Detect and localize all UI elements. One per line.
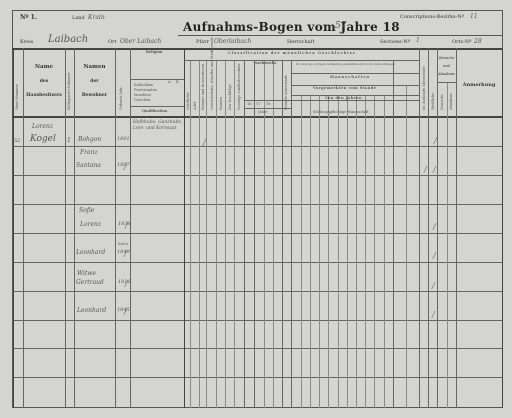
orts-value: 28 <box>474 39 482 45</box>
land-value: Krain <box>88 15 105 21</box>
zuwachs-heading-1: Zuwachs <box>437 56 456 60</box>
ort-value: Ober Laibach <box>120 39 161 45</box>
resident-name: Santana <box>76 163 101 169</box>
bewohner-heading-2: der <box>74 79 115 84</box>
owner-surname: Kogel <box>30 135 56 144</box>
vorgemerkten-heading: Vorgemerkten vom Stande <box>313 87 376 91</box>
pfarr-label: Pfarr <box>196 40 209 45</box>
col-line <box>225 60 226 408</box>
kreis-value: Laibach <box>48 35 88 45</box>
tally-mark: / <box>433 251 436 260</box>
tally-mark: / <box>124 307 127 316</box>
conscription-value: 11 <box>470 14 478 20</box>
col-line <box>393 60 394 408</box>
class-adel: Adel <box>193 80 197 110</box>
sections-value: 1 <box>416 38 420 44</box>
wohnpartei-heading: Wohnpartei-Nummer <box>67 70 71 110</box>
weibliche-heading: Weibliche <box>431 80 435 110</box>
col-line <box>338 95 339 408</box>
year-16: 16 <box>247 103 251 107</box>
conscription-label: Conscriptions-Bezirks-Nº <box>400 15 464 20</box>
bewohner-heading-3: Bewohner <box>74 93 115 98</box>
col-line <box>406 85 407 408</box>
religion-heading: Religion <box>146 51 162 55</box>
header-subrule <box>291 73 419 74</box>
row-line <box>12 146 503 147</box>
row-line <box>12 377 503 378</box>
col-line <box>502 48 503 408</box>
tally-mark: / <box>124 249 127 258</box>
tally-mark: / <box>433 222 436 231</box>
col-line <box>115 48 116 408</box>
ort-label: Ort <box>108 40 117 45</box>
resident-name: Gertraud <box>76 280 104 286</box>
hausbesitzer-heading-2: des <box>23 79 65 84</box>
hausbesitzer-heading-3: Hausbesitzers <box>23 93 65 98</box>
col-line <box>184 48 185 408</box>
census-sheet: Nº 1. Land Krain Aufnahms-Bogen vom Jahr… <box>0 0 512 418</box>
row-line <box>12 348 503 349</box>
classification-heading: Classification der männlichen Geschlecht… <box>228 52 356 56</box>
col-line <box>384 95 385 408</box>
religion-sub-a: A <box>168 81 171 85</box>
tally-mark: / <box>432 281 435 290</box>
sheet-number: Nº 1. <box>20 15 37 21</box>
pfarr-value: Oberlaibach <box>214 39 251 45</box>
col-line <box>206 60 207 408</box>
year-17: 17 <box>256 103 260 107</box>
tally-mark: / <box>424 165 427 174</box>
col-line <box>234 60 235 408</box>
title-underline <box>178 35 503 36</box>
col-line <box>216 60 217 408</box>
class-gewerbsleute: Gewerbsleute, Künstler und Studierende <box>210 64 214 110</box>
land-label: Land <box>72 16 85 21</box>
class-beamte: Beamte und Honoratioren <box>201 64 205 110</box>
col-line <box>301 95 302 408</box>
class-geistliche: Geistliche <box>186 80 190 110</box>
col-line <box>428 48 429 408</box>
col-line <box>456 48 457 408</box>
auslaendische-heading: Im Auslande Abwesende <box>422 62 426 110</box>
col-line <box>328 95 329 408</box>
anmerkung-heading: Anmerkung <box>456 82 502 88</box>
orts-label: Orts-Nº <box>452 40 471 45</box>
col-line <box>13 48 14 408</box>
jahre-label: Jahre <box>258 111 268 115</box>
header-subrule <box>130 106 184 107</box>
hausbesitzer-heading-1: Name <box>23 64 65 70</box>
zuwachs-heading-2: und <box>437 64 456 68</box>
religion-sub-b: B <box>176 81 179 85</box>
kreis-label: Kreis <box>20 40 33 45</box>
table-top-rule <box>12 48 503 50</box>
class-bauern: Bauern <box>219 80 223 110</box>
col-line <box>356 95 357 408</box>
resident-name: Leonhard <box>77 308 106 314</box>
fremde-heading: Fremde Anwesende <box>284 86 288 110</box>
col-line <box>419 48 420 408</box>
religion-israeliten: Israeliten <box>134 94 151 98</box>
row-line <box>12 291 503 292</box>
col-line <box>447 82 448 408</box>
col-line <box>74 48 75 408</box>
tally-mark: / <box>433 165 436 174</box>
header-subrule <box>437 82 456 83</box>
tally-mark: / <box>124 162 127 171</box>
haus-nummer-heading: Haus-Nummer <box>15 60 19 110</box>
birth-year-note: Sohn <box>118 242 128 246</box>
birth-year: 1801 <box>117 137 130 142</box>
year-value: 57 <box>335 22 346 31</box>
col-line <box>273 60 274 408</box>
col-line <box>347 95 348 408</box>
von-den-jahren-heading: Von den Jahren <box>325 97 362 101</box>
col-line <box>23 48 24 408</box>
col-line <box>291 60 292 408</box>
row-line <box>12 175 503 176</box>
row-line <box>12 204 503 205</box>
zuzuschlagen-heading: Zu den bey vorigen Aufnahme gezählten si… <box>296 63 395 66</box>
tally-mark: / <box>125 221 128 230</box>
sections-label: Sections-Nº <box>380 40 410 45</box>
religion-katholiken: Katholiken <box>134 84 153 88</box>
qualification-note: Halbhube, Ganzhube, Lein- und Kornsaat <box>133 120 183 132</box>
bewohner-heading-1: Namen <box>74 64 115 70</box>
col-line <box>199 60 200 408</box>
resident-firstname: Franz <box>80 150 98 156</box>
zuwachs-heading-3: Abnahme <box>437 72 456 76</box>
resident-firstname: Witwe <box>77 271 96 277</box>
col-line <box>190 60 191 408</box>
tally-mark: / <box>203 138 206 147</box>
resident-name: Leonhard <box>76 250 105 256</box>
zuwachs-sub: Zuwachs <box>440 95 444 110</box>
abnahme-sub: Abnahme <box>449 95 453 110</box>
col-line <box>282 60 283 408</box>
nachwuchs-heading: Nachwuchs <box>254 62 276 66</box>
tally-mark: / <box>432 310 435 319</box>
owner-firstname: Lorenz <box>32 124 53 130</box>
col-line <box>374 95 375 408</box>
col-line <box>130 48 131 408</box>
mannschaften-heading: Mannschaften <box>330 76 370 80</box>
house-number: 52 <box>14 139 20 144</box>
col-line <box>244 60 245 408</box>
col-line <box>310 95 311 408</box>
resident-name: Bohgon <box>78 137 101 143</box>
col-line <box>365 95 366 408</box>
row-line <box>12 262 503 263</box>
class-nachfolge: Zur Nachfolge <box>228 75 232 110</box>
stellungspflichtige-heading: Stellungspflichtige Mannschaft <box>313 111 369 115</box>
religion-griechen: Griechen <box>134 99 150 103</box>
qualification-heading: Qualification <box>142 110 167 114</box>
resident-firstname: Sofie <box>79 208 94 214</box>
herrschaft-label: Herrschaft <box>287 40 315 45</box>
resident-name: Lorenz <box>80 222 101 228</box>
col-line <box>65 48 66 408</box>
year-18: 18 <box>266 103 270 107</box>
page-title: Aufnahms-Bogen vom Jahre 18 <box>183 21 400 33</box>
class-sonstige: Sonstige Landesbewohner <box>237 70 241 110</box>
party-number: 1 <box>67 138 71 144</box>
col-line <box>319 95 320 408</box>
row-line <box>12 233 503 234</box>
header-bottom-rule <box>12 116 503 118</box>
religion-protestanten: Protestanten <box>134 89 157 93</box>
tally-mark: / <box>125 279 128 288</box>
col-line <box>437 48 438 408</box>
header-subrule <box>184 60 419 61</box>
row-line <box>12 320 503 321</box>
geburtsjahr-heading: Geburts-Jahr <box>119 80 123 110</box>
tally-mark: / <box>434 136 437 145</box>
col-line <box>254 60 255 408</box>
